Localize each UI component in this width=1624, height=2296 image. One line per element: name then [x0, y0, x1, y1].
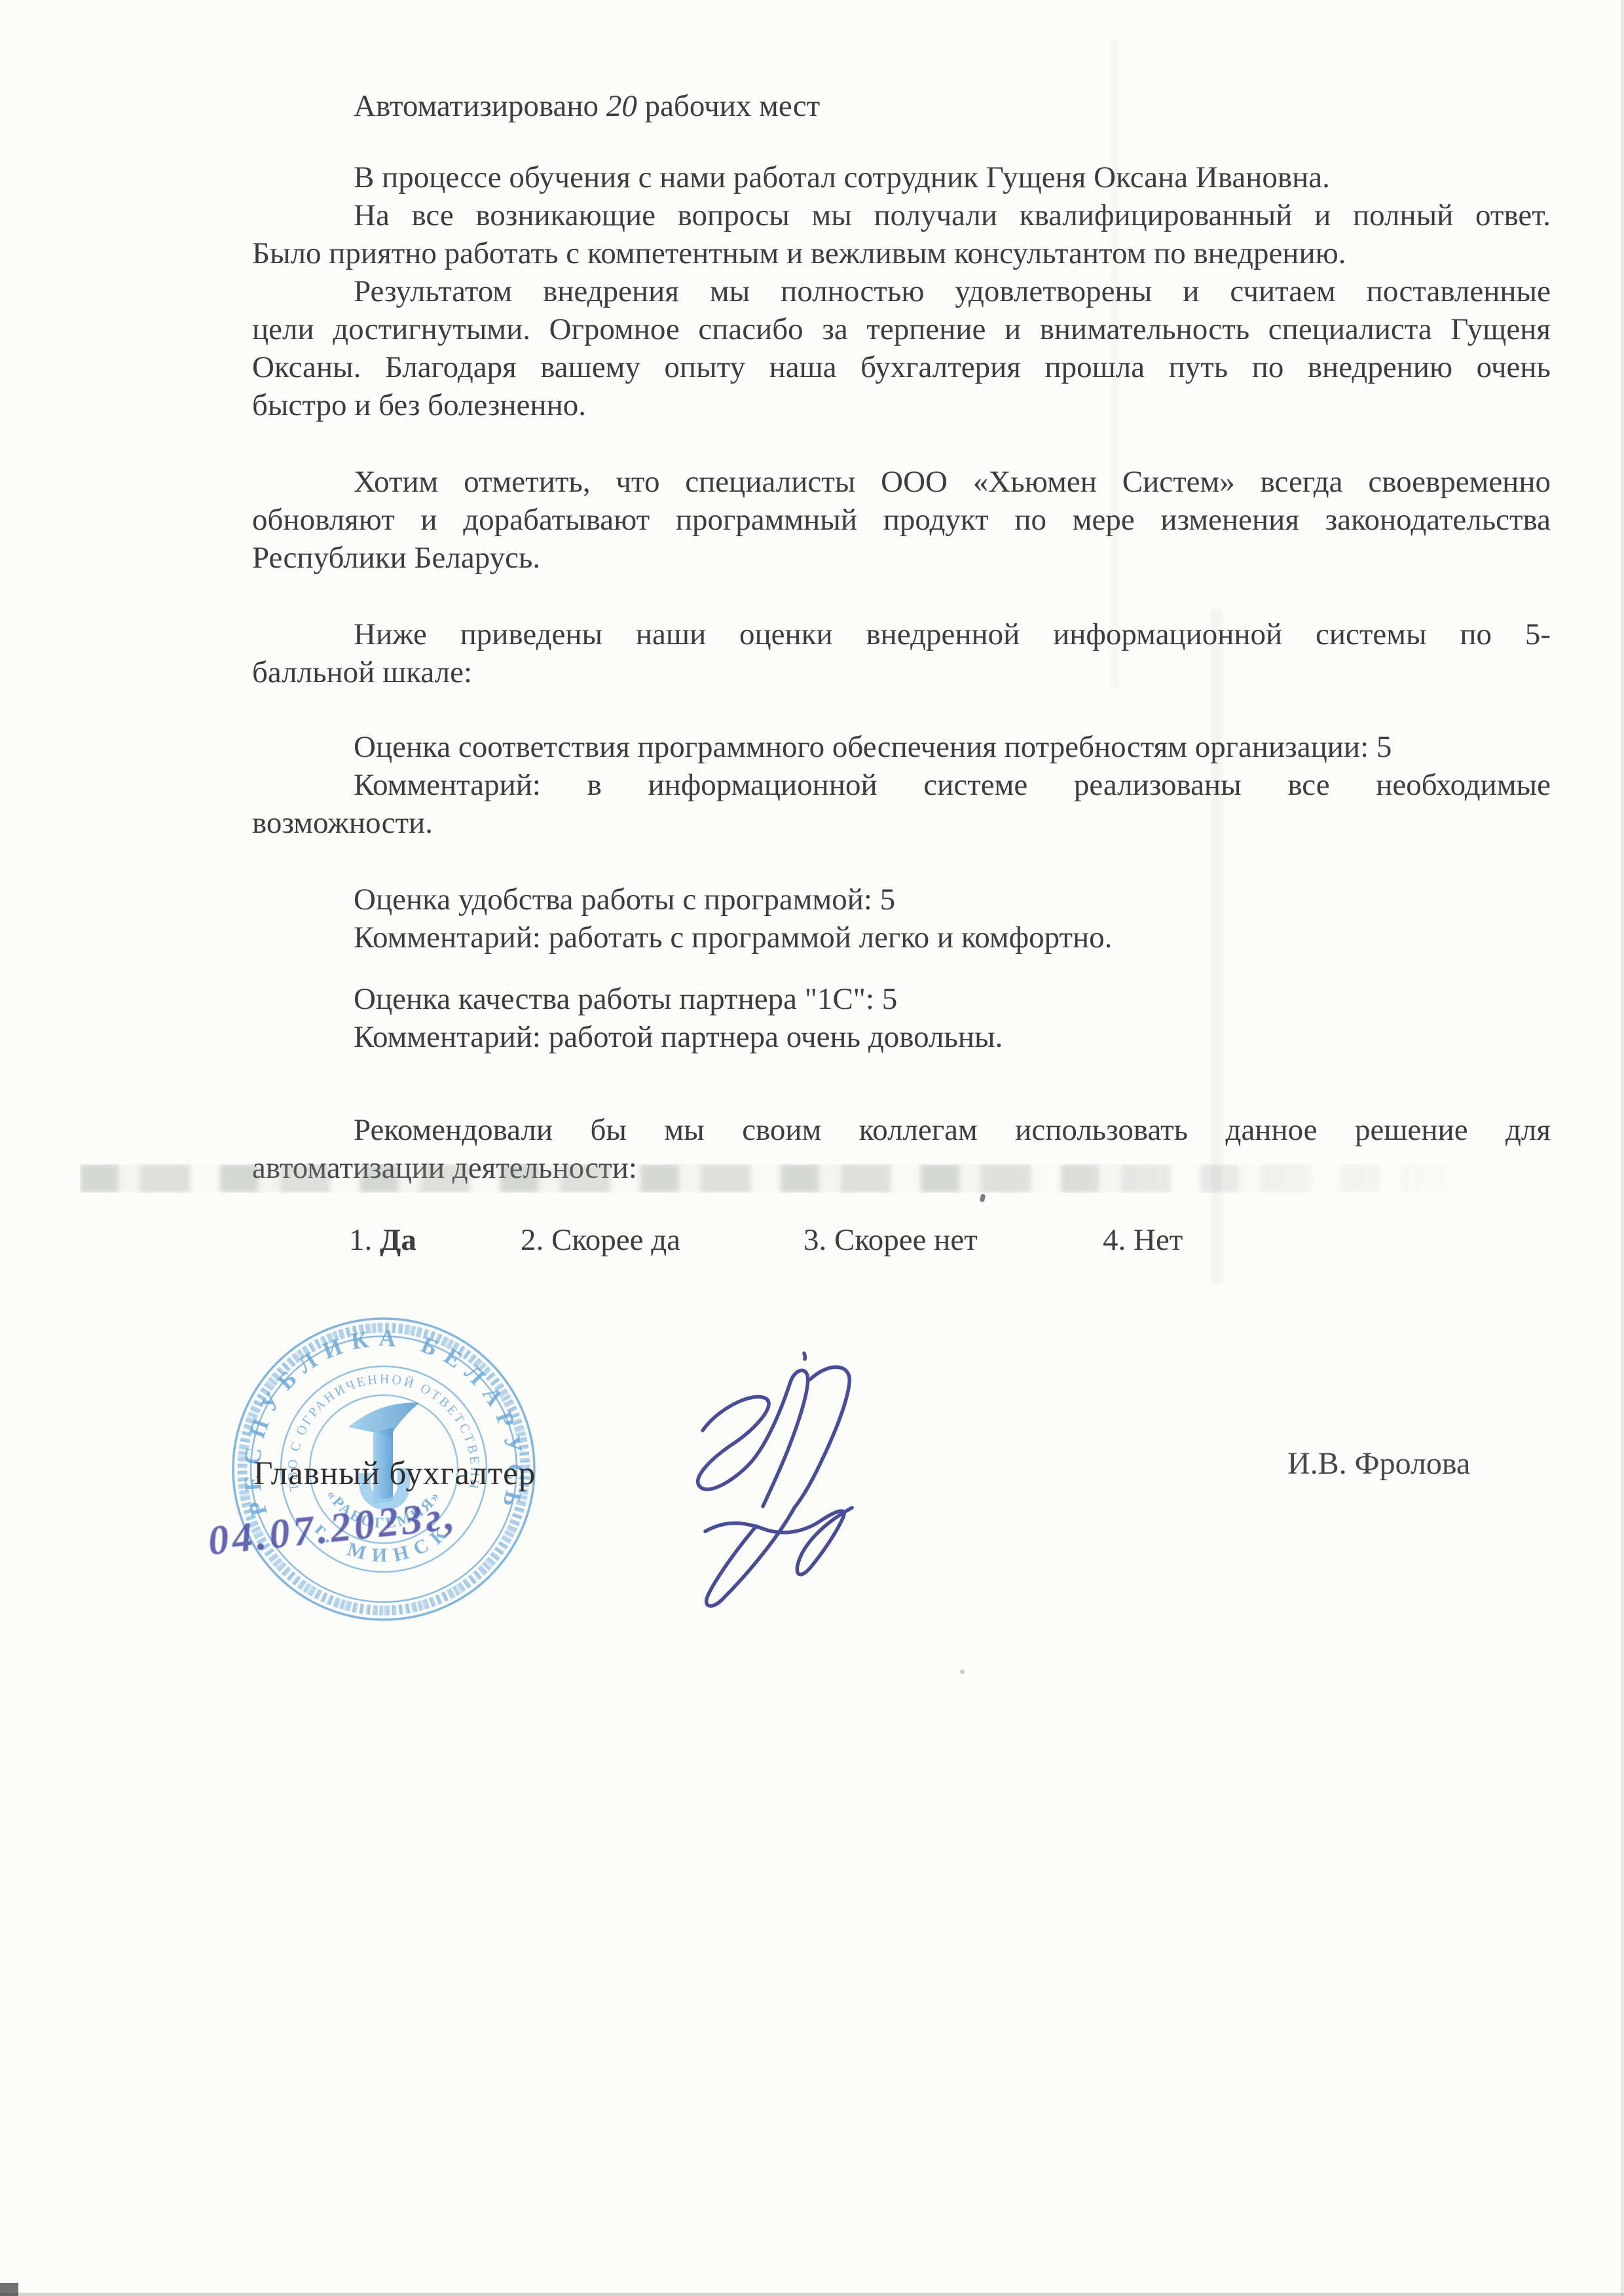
paragraph: Оценка удобства работы с программой: 5Ко…: [252, 881, 1551, 957]
signature: [645, 1332, 868, 1620]
text-line: Оценка соответствия программного обеспеч…: [252, 728, 1551, 766]
text-line: балльной шкале:: [252, 653, 1551, 691]
paragraph: Ниже приведены наши оценки внедренной ин…: [252, 615, 1551, 691]
text-line: быстро и без болезненно.: [252, 386, 1551, 424]
paragraph: Автоматизировано 20 рабочих мест: [252, 87, 1551, 125]
text-line: обновляют и дорабатывают программный про…: [252, 501, 1551, 539]
text-line: На все возникающие вопросы мы получали к…: [252, 196, 1551, 234]
letter-body: Автоматизировано 20 рабочих местВ процес…: [0, 0, 1624, 2296]
text-line: Автоматизировано 20 рабочих мест: [252, 87, 1551, 125]
text-line: В процессе обучения с нами работал сотру…: [252, 158, 1551, 196]
text-line: Республики Беларусь.: [252, 539, 1551, 577]
text-line: Результатом внедрения мы полностью удовл…: [252, 272, 1551, 310]
text-line: цели достигнутыми. Огромное спасибо за т…: [252, 310, 1551, 348]
text-line: Комментарий: работой партнера очень дово…: [252, 1018, 1551, 1056]
scanned-letter-page: Автоматизировано 20 рабочих местВ процес…: [0, 0, 1624, 2296]
signatory-name: И.В. Фролова: [1287, 1446, 1470, 1482]
option-Нет: 4. Нет: [1103, 1221, 1183, 1259]
text-line: Оксаны. Благодаря вашему опыту наша бухг…: [252, 348, 1551, 386]
text-line: Оценка качества работы партнера "1С": 5: [252, 980, 1551, 1018]
options-row: 1. Да2. Скорее да3. Скорее нет4. Нет: [0, 1221, 1624, 1259]
text-line: Комментарий: в информационной системе ре…: [252, 766, 1551, 804]
paragraph: Оценка соответствия программного обеспеч…: [252, 728, 1551, 842]
text-line: Оценка удобства работы с программой: 5: [252, 881, 1551, 919]
text-line: Ниже приведены наши оценки внедренной ин…: [252, 615, 1551, 653]
text-line: Комментарий: работать с программой легко…: [252, 919, 1551, 957]
scan-artifact-ghost-band: [80, 1164, 1527, 1193]
text-line: возможности.: [252, 804, 1551, 842]
paragraph: Оценка качества работы партнера "1С": 5К…: [252, 980, 1551, 1056]
text-line: Хотим отметить, что специалисты ООО «Хью…: [252, 463, 1551, 501]
option-Скорее да: 2. Скорее да: [521, 1221, 680, 1259]
option-Да: 1. Да: [349, 1221, 416, 1259]
text-line: Было приятно работать с компетентным и в…: [252, 234, 1551, 272]
paragraph: В процессе обучения с нами работал сотру…: [252, 158, 1551, 424]
text-line: Рекомендовали бы мы своим коллегам испол…: [252, 1111, 1551, 1149]
option-Скорее нет: 3. Скорее нет: [803, 1221, 978, 1259]
paragraph: Хотим отметить, что специалисты ООО «Хью…: [252, 463, 1551, 577]
